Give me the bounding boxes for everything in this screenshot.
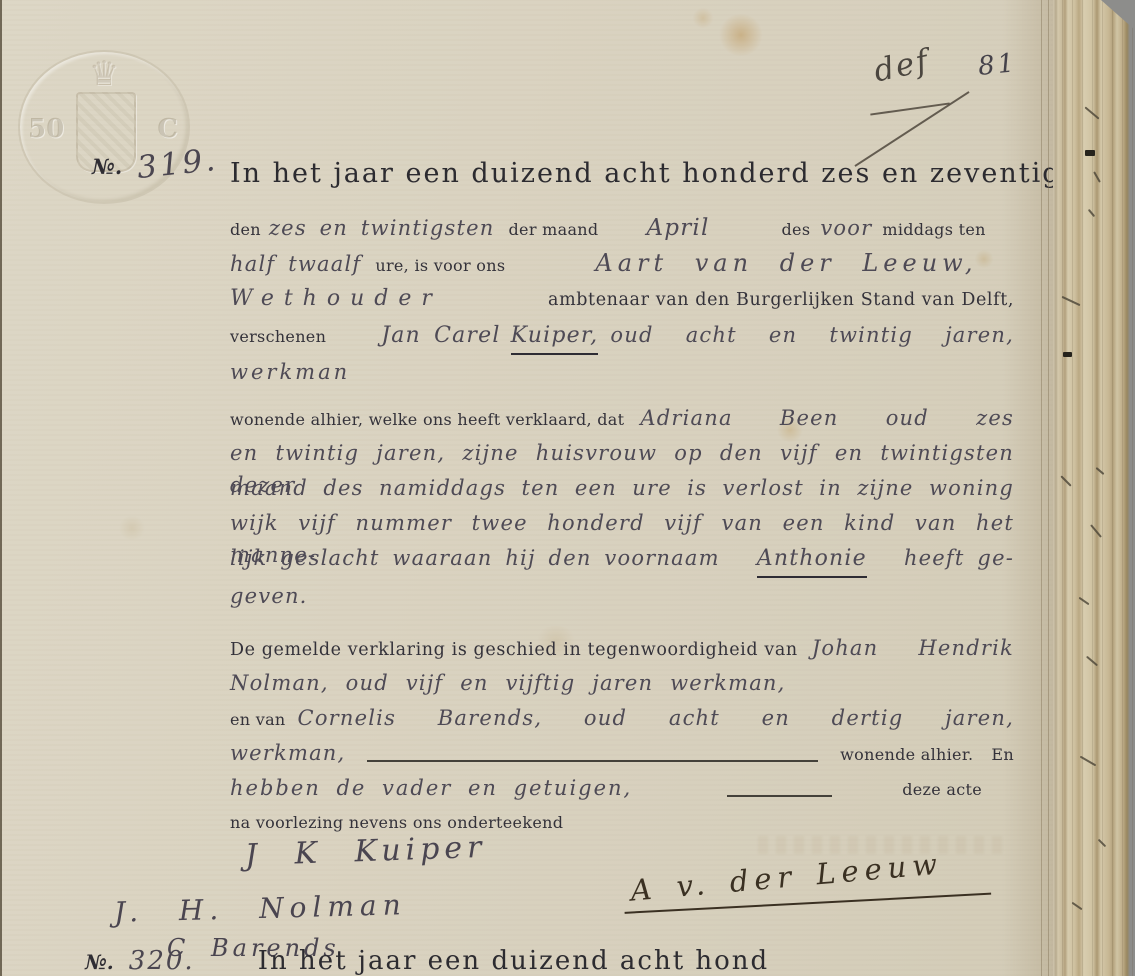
edge-ink-mark [1086,656,1098,667]
handwritten-father-name: Jan Carel [381,320,500,352]
edge-ink-mark [1084,106,1099,119]
edge-ink-mark [1063,352,1072,357]
handwritten-month: April [646,212,709,244]
edge-ink-mark [1085,150,1095,156]
printed-ambtenaar: ambtenaar van den Burgerlijken Stand van… [548,284,1014,316]
printed-wonende-alhier: wonende alhier. [840,739,973,771]
printed-en: En [991,739,1014,771]
witnesses-line-4: werkman, wonende alhier. En [230,737,1014,771]
edge-ink-mark [1093,171,1101,182]
signature-father: J K Kuiper [244,830,487,873]
clerk-initials-text: def [871,43,933,90]
handwritten-witness2-occupation: werkman, [230,737,345,769]
time-line: half twaalf ure, is voor ons Aart van de… [230,247,1014,282]
edge-ink-mark [1060,475,1071,486]
edge-ink-mark [1088,209,1095,217]
handwritten-declaration-6: geven. [230,584,308,608]
edge-ink-mark [1072,902,1083,911]
next-record-start: №. 320. In het jaar een duizend acht hon… [85,946,769,976]
handwritten-voor: voor [820,212,872,244]
handwritten-time: half twaalf [230,248,361,280]
paper-stain [692,8,714,28]
handwritten-declaration-5-end: heeft ge- [904,542,1014,574]
scanned-register-photo: ♛ 50 C def 81 №. 319. In het jaar een du… [0,0,1135,976]
clerk-initials-mark: def [871,43,933,90]
handwritten-declaration-5: lijk geslacht waaraan hij den voornaam [230,542,720,574]
handwritten-occupation: werkman [230,360,350,384]
printed-witnesses-intro: De gemelde verklaring is geschied in teg… [230,634,798,666]
signature-witness1: J. H. Nolman [114,888,407,929]
official-line: Wethouder ambtenaar van den Burgerlijken… [230,283,1014,316]
clerk-mark-strike [854,91,969,167]
paper-stain [718,14,764,56]
edge-ink-mark [1080,756,1097,767]
signature-officer: A v. der Leeuw [629,846,944,907]
handwritten-official-title: Wethouder [230,283,442,315]
record-number-value: 319. [136,142,220,186]
printed-declaration-intro: wonende alhier, welke ons heeft verklaar… [230,404,624,436]
stamp-crown-icon: ♛ [20,54,188,94]
next-record-number-value: 320. [129,946,195,976]
printed-der-maand: der maand [509,214,599,246]
handwritten-child-name-underlined: Anthonie [757,543,867,578]
witnesses-line-3: en van Cornelis Barends, oud acht en der… [230,702,1014,736]
clerk-mark-underline [870,102,949,115]
edge-ink-mark [1079,597,1090,606]
opening-line: In het jaar een duizend acht honderd zes… [230,158,1055,190]
handwritten-witness1-name: Johan Hendrik [812,632,1014,664]
record-number-label: №. [92,154,122,179]
handwritten-witness2: Cornelis Barends, oud acht en dertig jar… [298,702,1014,734]
record-number: №. 319. [92,146,218,182]
next-record-opening: In het jaar een duizend acht hond [258,946,769,976]
witnesses-line-1: De gemelde verklaring is geschied in teg… [230,632,1014,666]
witnesses-line-5: hebben de vader en getuigen, deze acte [230,772,1014,806]
page-curl-line [1041,0,1042,976]
printed-des: des [782,214,811,246]
paper-stain [118,516,146,540]
handwritten-hebben: hebben de vader en getuigen, [230,772,632,804]
witnesses-line-2: Nolman, oud vijf en vijftig jaren werkma… [230,667,1014,701]
printed-middags-ten: middags ten [882,214,985,246]
stamp-value-left: 50 [28,114,64,144]
blank-filler-rule [367,760,818,762]
handwritten-surname-underlined: Kuiper, [511,320,599,355]
handwritten-day: zes en twintigsten [269,212,495,244]
register-page: ♛ 50 C def 81 №. 319. In het jaar een du… [0,0,1055,976]
occupation-line: werkman [230,356,1014,390]
printed-closing: na voorlezing nevens ons onderteekend [230,813,563,832]
printed-verschenen: verschenen [230,321,326,353]
page-number: 81 [977,48,1019,82]
handwritten-declaration-1: Adriana Been oud zes [640,402,1014,434]
book-page-edges [1053,0,1135,976]
next-record-number-label: №. [85,950,114,974]
declaration-line-6: geven. [230,580,1014,614]
handwritten-declaration-3: maand des namiddags ten een ure is verlo… [230,472,1014,504]
date-line: den zes en twintigsten der maand April d… [230,212,1014,246]
handwritten-official-name: Aart van der Leeuw, [595,247,977,279]
printed-en-van: en van [230,704,286,736]
appeared-line: verschenen Jan Carel Kuiper, oud acht en… [230,319,1014,355]
edge-ink-mark [1062,296,1081,306]
edge-ink-mark [1096,467,1105,475]
declaration-line-1: wonende alhier, welke ons heeft verklaar… [230,402,1014,436]
blank-filler-rule-short [727,795,832,797]
edge-ink-mark [1098,839,1106,847]
printed-ure: ure, is voor ons [375,250,505,282]
handwritten-witness1-rest: Nolman, oud vijf en vijftig jaren werkma… [230,671,786,695]
edge-ink-mark [1090,524,1102,538]
declaration-line-3: maand des namiddags ten een ure is verlo… [230,472,1014,504]
printed-deze-acte: deze acte [902,774,982,806]
printed-den: den [230,214,261,246]
stamp-value-right: C [157,114,178,144]
page-curl-line [1048,0,1049,976]
declaration-line-5: lijk geslacht waaraan hij den voornaam A… [230,542,1014,578]
handwritten-father-age: oud acht en twintig jaren, [610,319,1014,351]
